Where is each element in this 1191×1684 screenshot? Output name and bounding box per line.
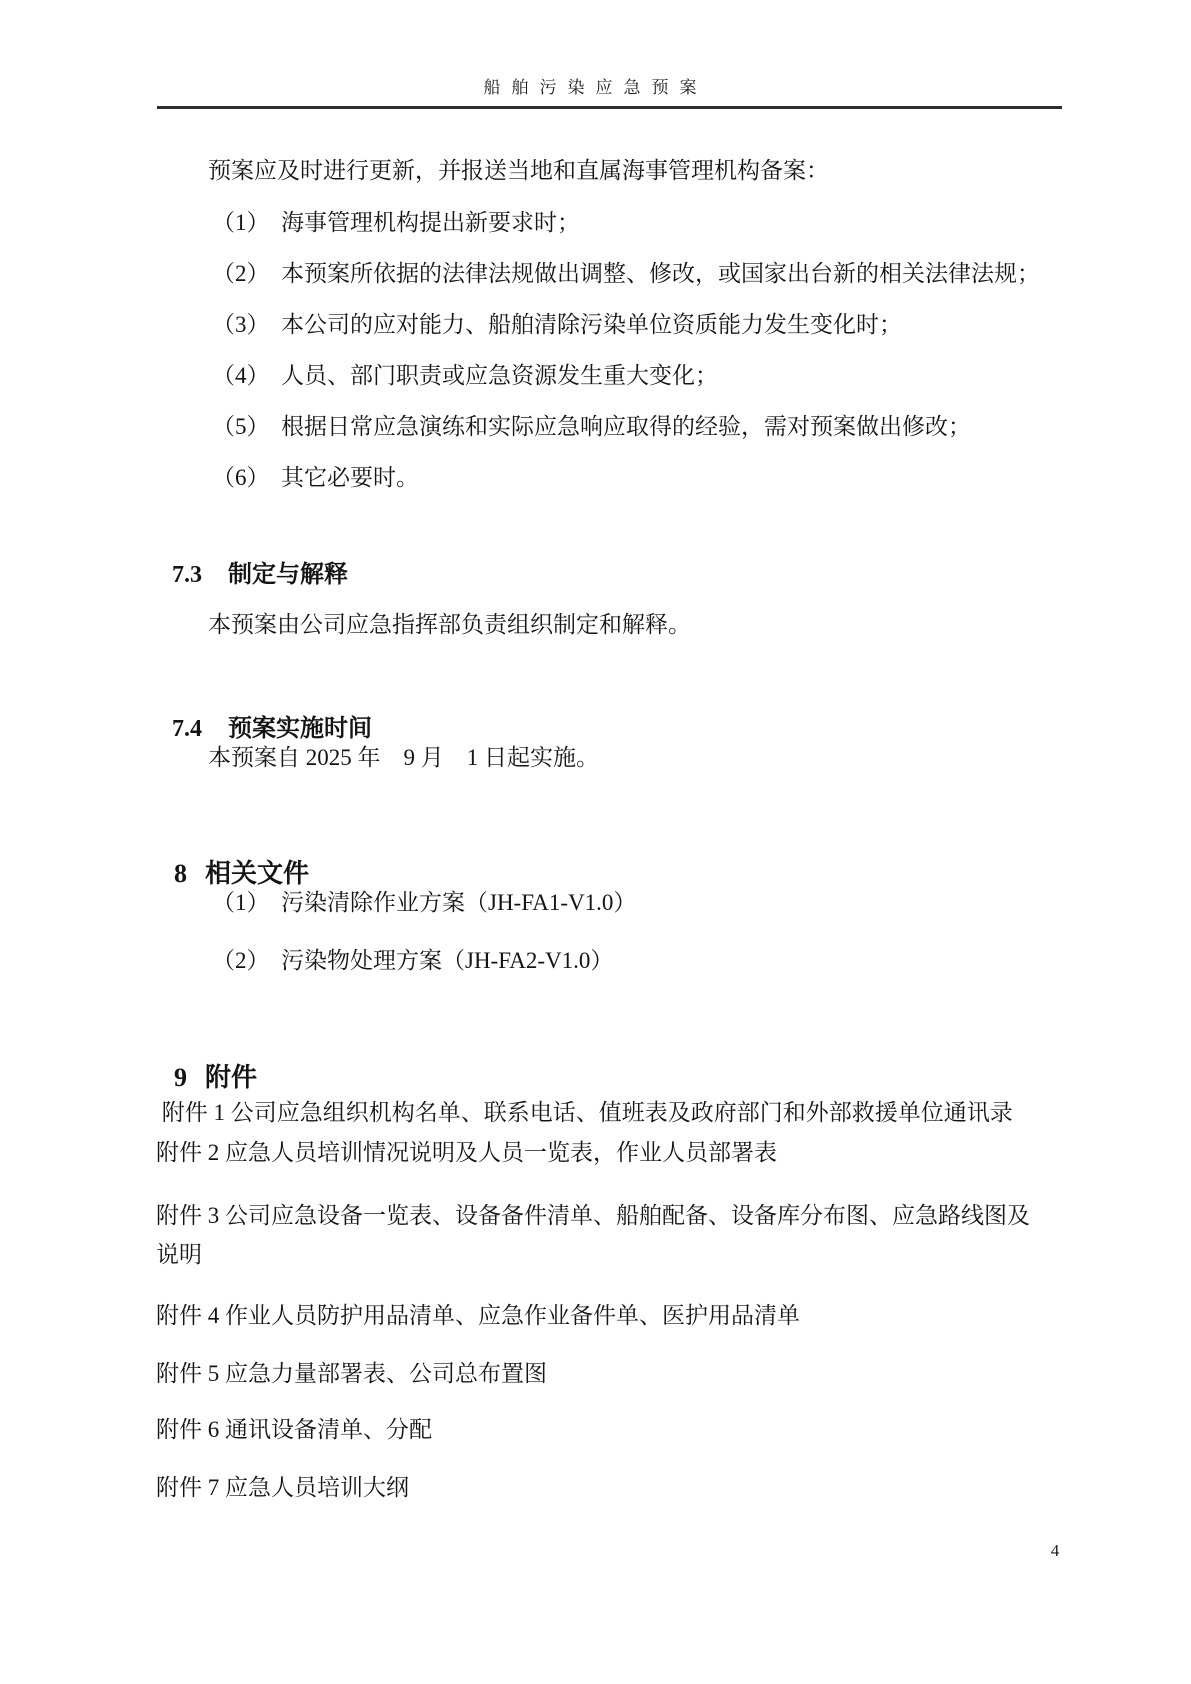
document-page: 船舶污染应急预案 预案应及时进行更新，并报送当地和直属海事管理机构备案： （1）… [0,0,1191,1684]
section-9-number: 9 [174,1063,187,1092]
related-document-item-1: （1） 污染清除作业方案（JH-FA1-V1.0） [212,888,1062,918]
attachment-item-6: 附件 6 通讯设备清单、分配 [156,1410,1061,1449]
attachment-item-5: 附件 5 应急力量部署表、公司总布置图 [156,1354,1061,1393]
attachment-item-4: 附件 4 作业人员防护用品清单、应急作业备件单、医护用品清单 [156,1296,1061,1335]
attachment-item-3: 附件 3 公司应急设备一览表、设备备件清单、船舶配备、设备库分布图、应急路线图及… [156,1196,1061,1274]
attachment-item-7: 附件 7 应急人员培训大纲 [156,1468,1061,1507]
section-7-3-body: 本预案由公司应急指挥部负责组织制定和解释。 [148,610,1058,640]
section-8-title: 相关文件 [205,859,309,888]
attachment-item-1: 附件 1 公司应急组织机构名单、联系电话、值班表及政府部门和外部救援单位通讯录 [156,1093,1061,1132]
header-rule [157,106,1062,109]
section-7-4-number: 7.4 [172,716,202,742]
section-8-number: 8 [174,859,187,888]
section-9-title: 附件 [205,1063,257,1092]
attachment-item-2: 附件 2 应急人员培训情况说明及人员一览表，作业人员部署表 [156,1133,1061,1172]
update-condition-item-2: （2） 本预案所依据的法律法规做出调整、修改，或国家出台新的相关法律法规； [212,259,1062,289]
update-condition-item-3: （3） 本公司的应对能力、船舶清除污染单位资质能力发生变化时； [212,310,1062,340]
intro-paragraph: 预案应及时进行更新，并报送当地和直属海事管理机构备案： [148,156,1058,186]
section-7-3-number: 7.3 [172,562,202,588]
update-condition-item-1: （1） 海事管理机构提出新要求时； [212,208,1062,238]
section-7-4-body: 本预案自 2025 年 9 月 1 日起实施。 [148,743,1058,773]
section-7-4-title: 预案实施时间 [228,716,372,742]
update-condition-item-4: （4） 人员、部门职责或应急资源发生重大变化； [212,361,1062,391]
page-header-title: 船舶污染应急预案 [0,76,1191,100]
section-7-3-heading: 7.3制定与解释 [148,530,1058,620]
update-condition-item-6: （6） 其它必要时。 [212,463,1062,493]
page-number: 4 [1040,1541,1070,1561]
related-document-item-2: （2） 污染物处理方案（JH-FA2-V1.0） [212,946,1062,976]
section-7-3-title: 制定与解释 [228,562,348,588]
update-condition-item-5: （5） 根据日常应急演练和实际应急响应取得的经验，需对预案做出修改； [212,412,1062,442]
